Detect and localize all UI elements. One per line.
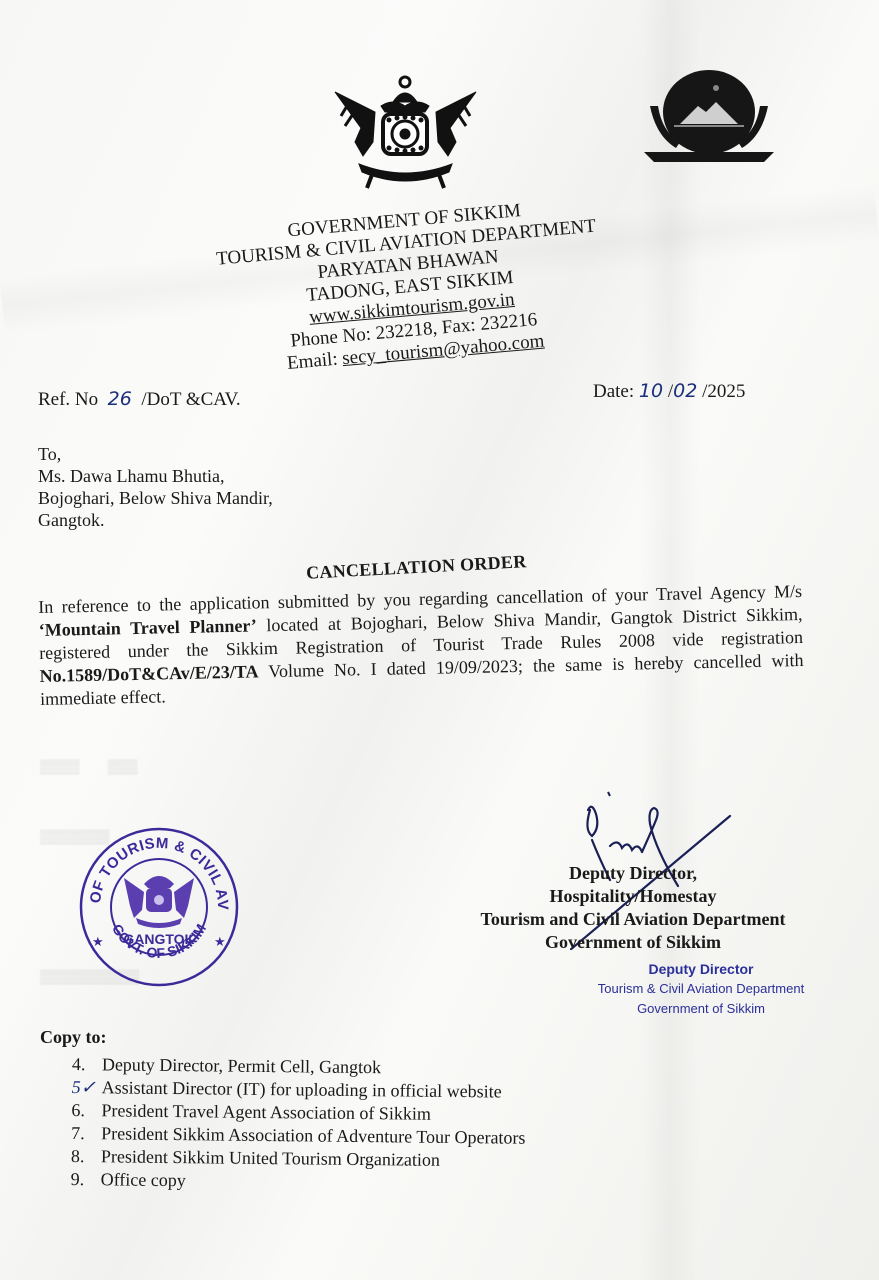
item-text: Assistant Director (IT) for uploading in… [102, 1077, 502, 1101]
email-label: Email: [286, 348, 343, 374]
seal-title: Deputy Director [586, 959, 816, 979]
date: Date: 10 /02 /2025 [593, 380, 745, 403]
item-text: Office copy [101, 1169, 186, 1190]
signatory-line: Tourism and Civil Aviation Department [458, 908, 808, 931]
designation-seal: Deputy Director Tourism & Civil Aviation… [586, 959, 816, 1019]
item-number: 8. [71, 1145, 101, 1168]
signatory-line: Hospitality/Homestay [458, 885, 808, 908]
item-number: 4. [72, 1053, 102, 1076]
signatory-line: Deputy Director, [458, 862, 808, 885]
item-number: 6. [71, 1099, 101, 1122]
order-body: In reference to the application submitte… [38, 580, 804, 711]
agency-name: ‘Mountain Travel Planner’ [39, 615, 257, 640]
letterhead: GOVERNMENT OF SIKKIM TOURISM & CIVIL AVI… [189, 192, 631, 383]
date-separator: / [663, 381, 673, 402]
document-page: GOVERNMENT OF SIKKIM TOURISM & CIVIL AVI… [0, 0, 879, 1280]
addressee-line: Bojoghari, Below Shiva Mandir, [38, 487, 273, 509]
stamp-center-text: GANGTOK [123, 931, 194, 947]
ref-prefix: Ref. No [38, 389, 98, 410]
department-stamp: DEPTT. OF TOURISM & CIVIL AVIATION GOVT.… [78, 826, 240, 988]
seal-line: Tourism & Civil Aviation Department [586, 979, 816, 999]
date-year: /2025 [702, 381, 745, 402]
ref-suffix: /DoT &CAV. [141, 389, 240, 410]
item-text: President Sikkim United Tourism Organiza… [101, 1146, 440, 1170]
seal-line: Government of Sikkim [586, 999, 816, 1019]
copy-to-label: Copy to: [40, 1027, 107, 1048]
addressee-block: To, Ms. Dawa Lhamu Bhutia, Bojoghari, Be… [38, 443, 273, 531]
registration-number: No.1589/DoT&CAv/E/23/TA [39, 661, 258, 686]
tick-mark-icon: 5✓ [72, 1076, 102, 1099]
bleed-through-text: ▒▒▒▒ ▒▒▒ [40, 760, 137, 776]
ref-handwritten-number: 26 [108, 388, 132, 410]
item-text: President Travel Agent Association of Si… [101, 1100, 431, 1123]
star-icon: ★ [214, 934, 226, 949]
reference-number: Ref. No 26 /DoT &CAV. [38, 388, 241, 411]
signatory-line: Government of Sikkim [458, 931, 808, 954]
addressee-line: Ms. Dawa Lhamu Bhutia, [38, 465, 273, 487]
item-text: Deputy Director, Permit Cell, Gangtok [102, 1054, 381, 1077]
stamp-emblem-icon [124, 876, 194, 928]
date-month: 02 [673, 380, 697, 402]
list-item: 9.Office copy [71, 1168, 526, 1196]
signatory-block: Deputy Director, Hospitality/Homestay To… [458, 862, 808, 954]
star-icon: ★ [92, 934, 104, 949]
addressee-line: To, [38, 443, 273, 465]
addressee-line: Gangtok. [38, 509, 273, 531]
date-label: Date: [593, 381, 634, 402]
item-text: President Sikkim Association of Adventur… [101, 1123, 526, 1147]
item-number: 9. [71, 1168, 101, 1191]
date-day: 10 [639, 380, 663, 402]
copy-to-list: 4.Deputy Director, Permit Cell, Gangtok … [71, 1053, 527, 1196]
tourism-department-logo-icon [640, 66, 778, 166]
document-title: CANCELLATION ORDER [306, 551, 527, 584]
item-number: 7. [71, 1122, 101, 1145]
sikkim-state-emblem-icon [333, 72, 478, 192]
